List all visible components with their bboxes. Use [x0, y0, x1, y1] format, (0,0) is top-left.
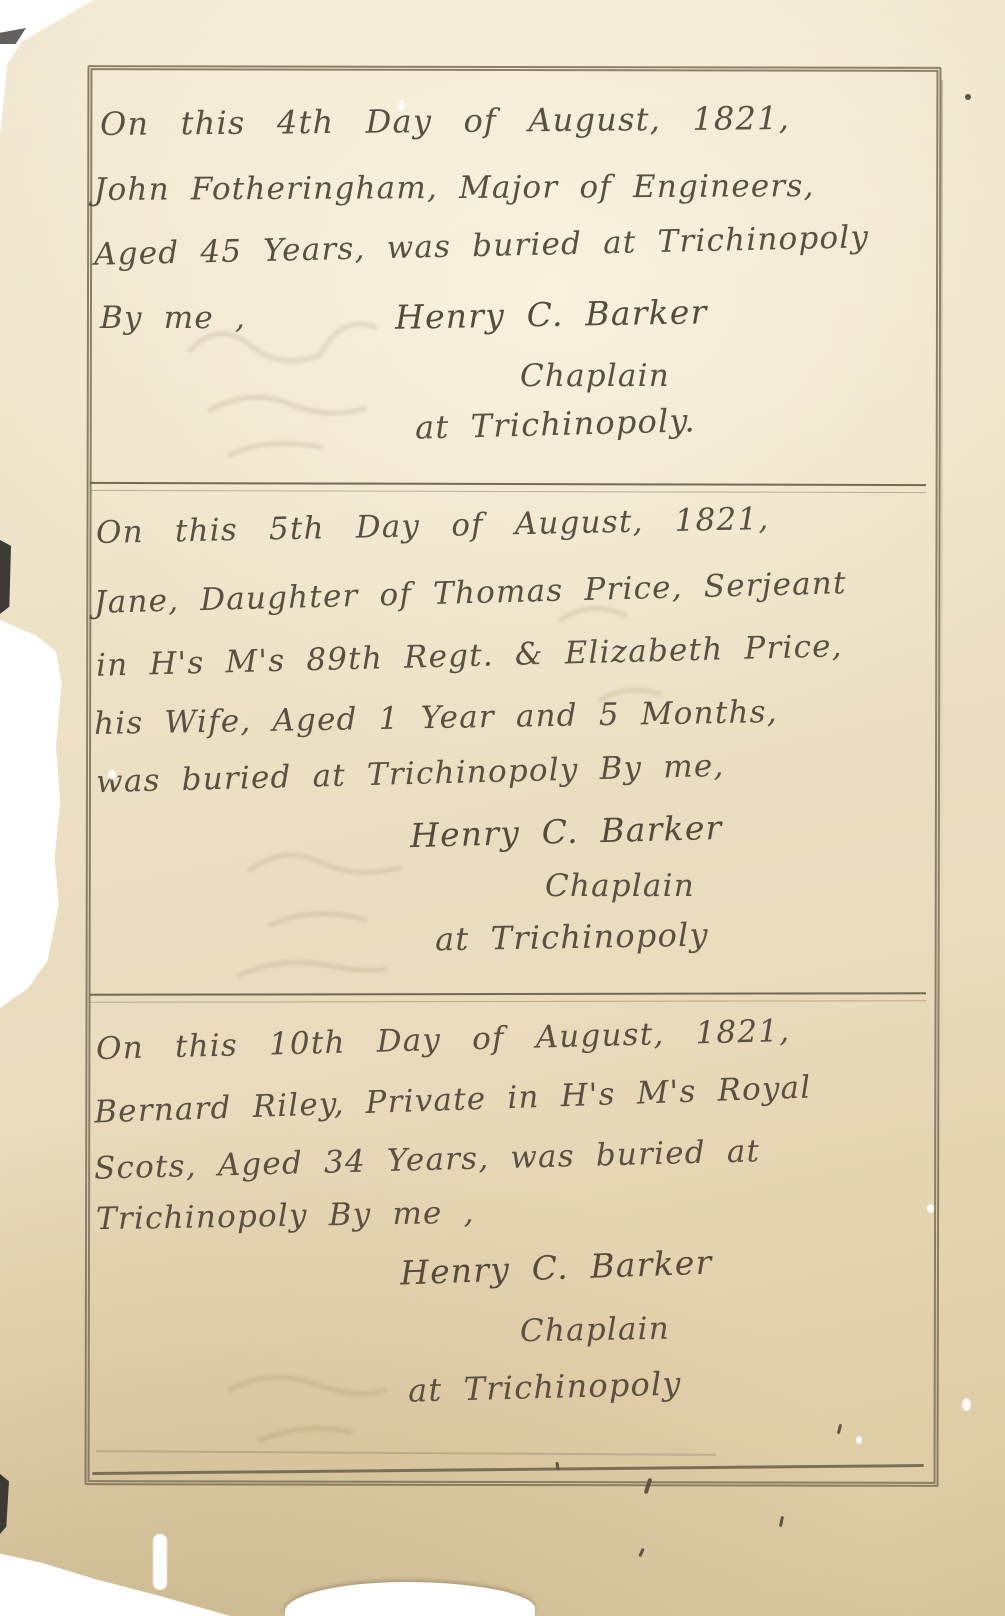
- glint: [856, 1436, 862, 1444]
- signature-place: at Trichinopoly: [408, 1364, 683, 1409]
- entry-line: John Fotheringham, Major of Engineers,: [94, 168, 815, 208]
- glint: [108, 770, 116, 780]
- glint: [927, 1204, 934, 1213]
- glint: [962, 1398, 971, 1411]
- ink-speck: [965, 94, 971, 100]
- entry-line: Trichinopoly By me ,: [96, 1195, 475, 1238]
- signature-title: Chaplain: [545, 868, 695, 904]
- entry-divider-2: [90, 992, 926, 1002]
- backdrop-sliver: [0, 540, 11, 614]
- signature-title: Chaplain: [520, 1311, 670, 1350]
- paper-tear-sliver: [153, 1534, 167, 1590]
- entry-line: On this 4th Day of August, 1821,: [100, 99, 790, 143]
- entry-line: By me ,: [100, 300, 246, 336]
- signature-title: Chaplain: [520, 358, 670, 394]
- glint: [398, 100, 405, 111]
- signature-name: Henry C. Barker: [395, 292, 708, 336]
- signature-name: Henry C. Barker: [410, 808, 723, 855]
- register-page-scan: On this 4th Day of August, 1821, John Fo…: [0, 0, 1005, 1616]
- signature-place: at Trichinopoly: [435, 916, 709, 959]
- signature-place: at Trichinopoly.: [415, 401, 697, 446]
